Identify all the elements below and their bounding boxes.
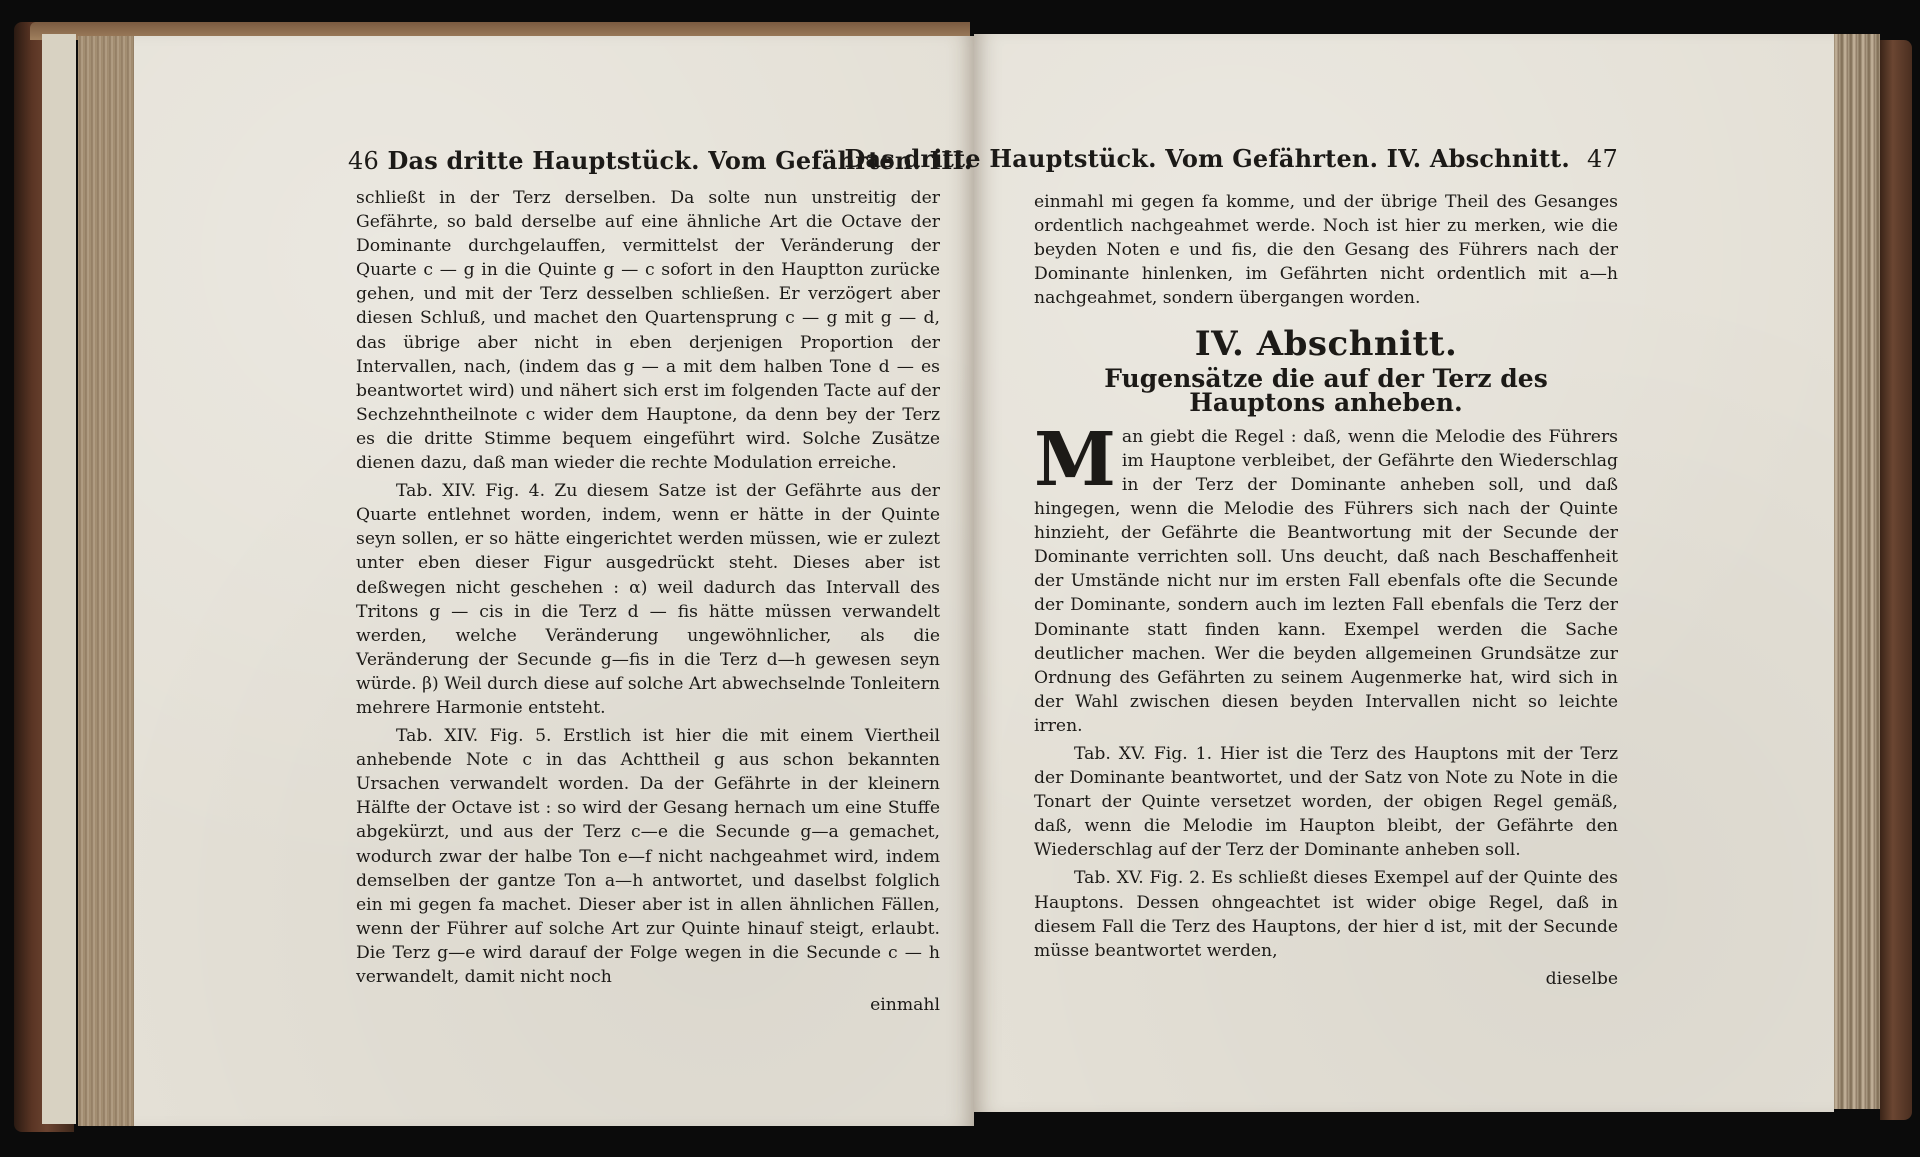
text-block-left: schließt in der Terz derselben. Da solte… <box>356 186 940 1017</box>
paragraph: schließt in der Terz derselben. Da solte… <box>356 186 940 475</box>
left-page: 46 Das dritte Hauptstück. Vom Gefährten.… <box>134 36 974 1126</box>
book-cover-right <box>1880 40 1912 1120</box>
page-stack-left <box>78 36 136 1126</box>
paragraph: einmahl mi gegen fa komme, und der übrig… <box>1034 190 1618 310</box>
right-page: Das dritte Hauptstück. Vom Gefährten. IV… <box>974 34 1834 1112</box>
catchword-left: einmahl <box>356 993 940 1017</box>
page-stack-right <box>1830 34 1880 1109</box>
running-head-text-right: Das dritte Hauptstück. Vom Gefährten. IV… <box>845 144 1570 173</box>
drop-cap: M <box>1034 429 1116 491</box>
paragraph: Tab. XV. Fig. 1. Hier ist die Terz des H… <box>1034 742 1618 862</box>
dropcap-paragraph: M an giebt die Regel : daß, wenn die Mel… <box>1034 425 1618 738</box>
paragraph: Tab. XIV. Fig. 5. Erstlich ist hier die … <box>356 724 940 989</box>
paragraph: Tab. XV. Fig. 2. Es schließt dieses Exem… <box>1034 866 1618 962</box>
text-block-right: einmahl mi gegen fa komme, und der übrig… <box>1034 190 1618 991</box>
page-number-right: 47 <box>1587 145 1618 173</box>
running-head-right: Das dritte Hauptstück. Vom Gefährten. IV… <box>845 144 1618 173</box>
paragraph: Tab. XIV. Fig. 4. Zu diesem Satze ist de… <box>356 479 940 720</box>
section-title: IV. Abschnitt. <box>1034 332 1618 356</box>
catchword-right: dieselbe <box>1034 967 1618 991</box>
page-number-left: 46 <box>348 147 379 175</box>
section-subtitle: Fugensätze die auf der Terz des Hauptons… <box>1034 367 1618 415</box>
flyleaf-edge-left <box>42 34 76 1124</box>
dropcap-paragraph-text: an giebt die Regel : daß, wenn die Melod… <box>1034 427 1618 736</box>
